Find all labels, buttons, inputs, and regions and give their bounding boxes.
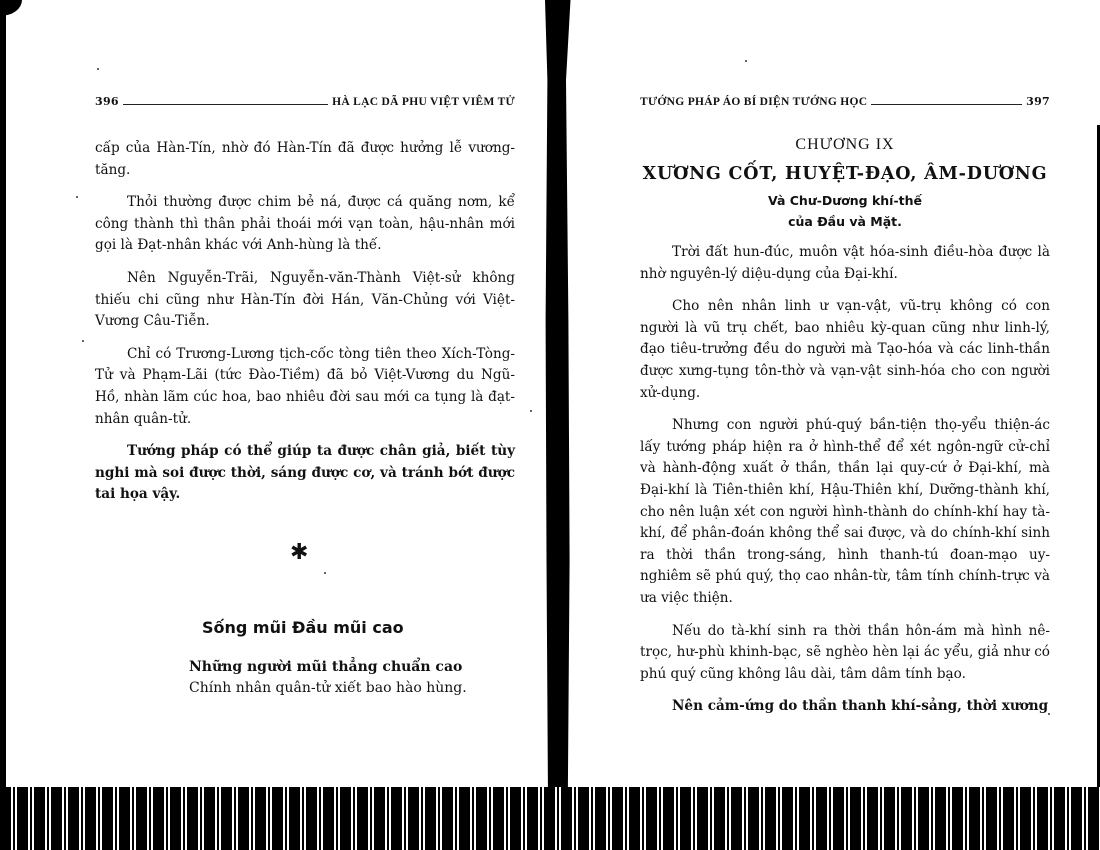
scan-speck [530,410,532,412]
paragraph: Thỏi thường được chim bẻ ná, được cá quă… [95,192,515,257]
right-body: Trời đất hun-đúc, muôn vật hóa-sinh điều… [640,242,1050,729]
scan-speck [324,572,326,574]
poem-title: Sống mũi Đầu mũi cao [202,618,404,637]
right-running-head: TƯỚNG PHÁP ÁO BÍ DIỆN TƯỚNG HỌC 397 [640,92,1050,108]
scan-left-corner [0,0,22,16]
paragraph: Chỉ có Trương-Lương tịch-cốc tòng tiên t… [95,344,515,430]
scan-speck [1048,713,1050,715]
chapter-subtitle: Và Chư-Dương khí-thế [640,193,1050,208]
chapter-title: XƯƠNG CỐT, HUYỆT-ĐẠO, ÂM-DƯƠNG [640,164,1050,184]
paragraph: Cho nên nhân linh ư vạn-vật, vũ-trụ khôn… [640,296,1050,404]
paragraph: Tướng pháp có thể giúp ta được chân giả,… [95,441,515,506]
chapter-number: CHƯƠNG IX [640,136,1050,154]
scan-speck [82,340,84,342]
paragraph: Nếu do tà-khí sinh ra thời thần hôn-ám m… [640,621,1050,686]
paragraph: Trời đất hun-đúc, muôn vật hóa-sinh điều… [640,242,1050,285]
scan-bottom-stripes [0,787,1100,850]
left-running-head: 396 HÀ LẠC DÃ PHU VIỆT VIÊM TỬ [95,92,515,108]
scan-left-edge [0,0,6,790]
paragraph: Nhưng con người phú-quý bần-tiện thọ-yểu… [640,415,1050,609]
scan-speck [745,60,747,62]
chapter-subtitle: của Đầu và Mặt. [640,214,1050,229]
header-rule [871,104,1022,105]
right-page-number: 397 [1026,95,1050,108]
header-rule [123,104,328,105]
paragraph: cấp của Hàn-Tín, nhờ đó Hàn-Tín đã được … [95,138,515,181]
left-body: cấp của Hàn-Tín, nhờ đó Hàn-Tín đã được … [95,138,515,517]
asterism-ornament-icon: ✱ [290,540,308,565]
scan-speck [76,196,78,198]
right-page: TƯỚNG PHÁP ÁO BÍ DIỆN TƯỚNG HỌC 397 CHƯƠ… [640,0,1050,785]
paragraph: Nên cảm-ứng do thần thanh khí-sảng, thời… [640,696,1050,718]
paragraph: Nên Nguyễn-Trãi, Nguyễn-văn-Thành Việt-s… [95,268,515,333]
book-gutter-shadow [542,0,572,800]
left-page: 396 HÀ LẠC DÃ PHU VIỆT VIÊM TỬ cấp của H… [95,0,515,785]
poem: Những người mũi thẳng chuẩn cao Chính nh… [189,657,467,699]
scan-speck [97,68,99,70]
poem-line: Chính nhân quân-tử xiết bao hào hùng. [189,678,467,699]
poem-line: Những người mũi thẳng chuẩn cao [189,657,467,678]
right-running-title: TƯỚNG PHÁP ÁO BÍ DIỆN TƯỚNG HỌC [640,96,867,108]
left-running-title: HÀ LẠC DÃ PHU VIỆT VIÊM TỬ [332,96,515,108]
left-page-number: 396 [95,95,119,108]
